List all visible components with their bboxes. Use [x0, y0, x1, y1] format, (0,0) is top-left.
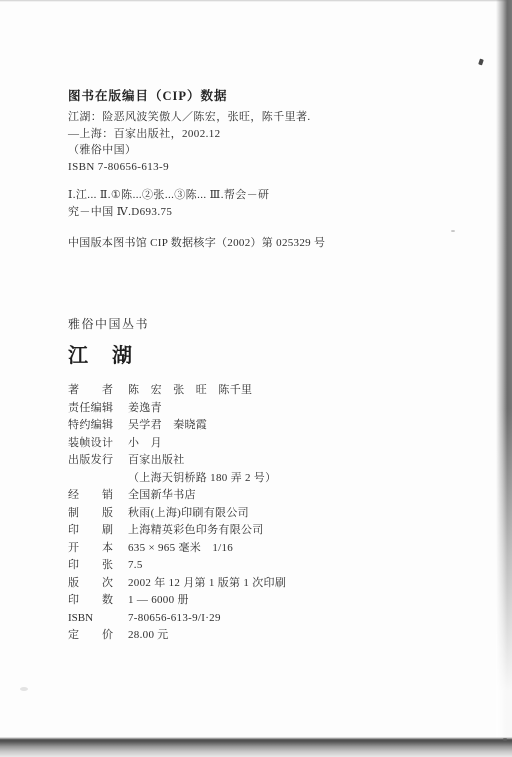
- colophon-label: 定价: [68, 627, 113, 645]
- colophon-value: 小 月: [128, 437, 162, 449]
- cip-publisher-line: —上海：百家出版社，2002.12: [68, 126, 348, 143]
- colophon-row-author: 著者陈 宏 张 旺 陈千里: [68, 382, 428, 400]
- colophon-row-contract-editor: 特约编辑吴学君 秦晓霞: [68, 417, 428, 435]
- scan-speck: [20, 687, 28, 691]
- scan-shadow-bottom: [0, 737, 512, 757]
- colophon-row-publisher-address: （上海天钥桥路 180 弄 2 号）: [68, 470, 428, 488]
- cip-isbn-line: ISBN 7-80656-613-9: [68, 159, 348, 176]
- scan-shadow-right: [496, 0, 512, 742]
- colophon-value: 7-80656-613-9/I·29: [128, 612, 221, 624]
- colophon-value: 姜逸青: [128, 402, 162, 414]
- colophon-row-design: 装帧设计小 月: [68, 435, 428, 453]
- scan-speck: [451, 230, 455, 232]
- colophon-value: 陈 宏 张 旺 陈千里: [128, 384, 252, 396]
- colophon-value: 1 — 6000 册: [128, 594, 189, 606]
- book-title: 江 湖: [68, 339, 134, 368]
- colophon-label: 开本: [68, 540, 113, 558]
- colophon-value: 百家出版社: [128, 454, 185, 466]
- colophon-value: 秋雨(上海)印刷有限公司: [128, 507, 249, 519]
- colophon-value: 全国新华书店: [128, 489, 196, 501]
- colophon-value: 28.00 元: [128, 629, 169, 641]
- colophon-label: 版次: [68, 575, 113, 593]
- colophon-label: 经销: [68, 487, 113, 505]
- colophon-row-edition: 版次2002 年 12 月第 1 版第 1 次印刷: [68, 575, 428, 593]
- colophon-row-platemaking: 制版秋雨(上海)印刷有限公司: [68, 505, 428, 523]
- colophon-row-printer: 印刷上海精英彩色印务有限公司: [68, 522, 428, 540]
- colophon-row-format: 开本635 × 965 毫米 1/16: [68, 540, 428, 558]
- colophon-value: （上海天钥桥路 180 弄 2 号）: [128, 472, 276, 484]
- colophon-label: 制版: [68, 505, 113, 523]
- cip-title-statement: 江湖：险恶风波笑傲人／陈宏，张旺，陈千里著.: [68, 109, 348, 126]
- colophon-label: 印张: [68, 557, 113, 575]
- series-name: 雅俗中国丛书: [68, 315, 149, 332]
- scan-top-edge-line: [0, 0, 512, 2]
- colophon-label: 装帧设计: [68, 435, 113, 453]
- colophon-value: 吴学君 秦晓霞: [128, 419, 207, 431]
- colophon-row-price: 定价28.00 元: [68, 627, 428, 645]
- scan-speck: [478, 59, 484, 66]
- colophon-value: 7.5: [128, 559, 143, 571]
- colophon-row-responsible-editor: 责任编辑姜逸青: [68, 400, 428, 418]
- cip-header: 图书在版编目（CIP）数据: [68, 86, 348, 104]
- cip-data-block: 图书在版编目（CIP）数据 江湖：险恶风波笑傲人／陈宏，张旺，陈千里著. —上海…: [68, 86, 348, 250]
- colophon-label: 出版发行: [68, 452, 113, 470]
- colophon-label: 印数: [68, 592, 113, 610]
- colophon-label: 印刷: [68, 522, 113, 540]
- cip-record-number: 中国版本图书馆 CIP 数据核字（2002）第 025329 号: [68, 234, 348, 250]
- colophon-label: ISBN: [68, 610, 113, 628]
- colophon-row-sheets: 印张7.5: [68, 557, 428, 575]
- colophon-value: 2002 年 12 月第 1 版第 1 次印刷: [128, 577, 286, 589]
- colophon-row-isbn: ISBN7-80656-613-9/I·29: [68, 610, 428, 628]
- colophon-label: 著者: [68, 382, 113, 400]
- cip-classification-line: Ⅰ.江... Ⅱ.①陈...②张...③陈... Ⅲ.帮会－研: [68, 187, 348, 204]
- cip-series-line: （雅俗中国）: [68, 142, 348, 159]
- colophon-label: 特约编辑: [68, 417, 113, 435]
- scanned-book-copyright-page: 图书在版编目（CIP）数据 江湖：险恶风波笑傲人／陈宏，张旺，陈千里著. —上海…: [0, 0, 512, 757]
- colophon-label: 责任编辑: [68, 400, 113, 418]
- colophon-row-publisher: 出版发行百家出版社: [68, 452, 428, 470]
- colophon-row-print-run: 印数1 — 6000 册: [68, 592, 428, 610]
- scan-speck: [503, 738, 507, 741]
- colophon-value: 635 × 965 毫米 1/16: [128, 542, 233, 554]
- colophon-table: 著者陈 宏 张 旺 陈千里 责任编辑姜逸青 特约编辑吴学君 秦晓霞 装帧设计小 …: [68, 382, 428, 645]
- colophon-value: 上海精英彩色印务有限公司: [128, 524, 264, 536]
- cip-classification-line: 究－中国 Ⅳ.D693.75: [68, 204, 348, 221]
- colophon-row-distributor: 经销全国新华书店: [68, 487, 428, 505]
